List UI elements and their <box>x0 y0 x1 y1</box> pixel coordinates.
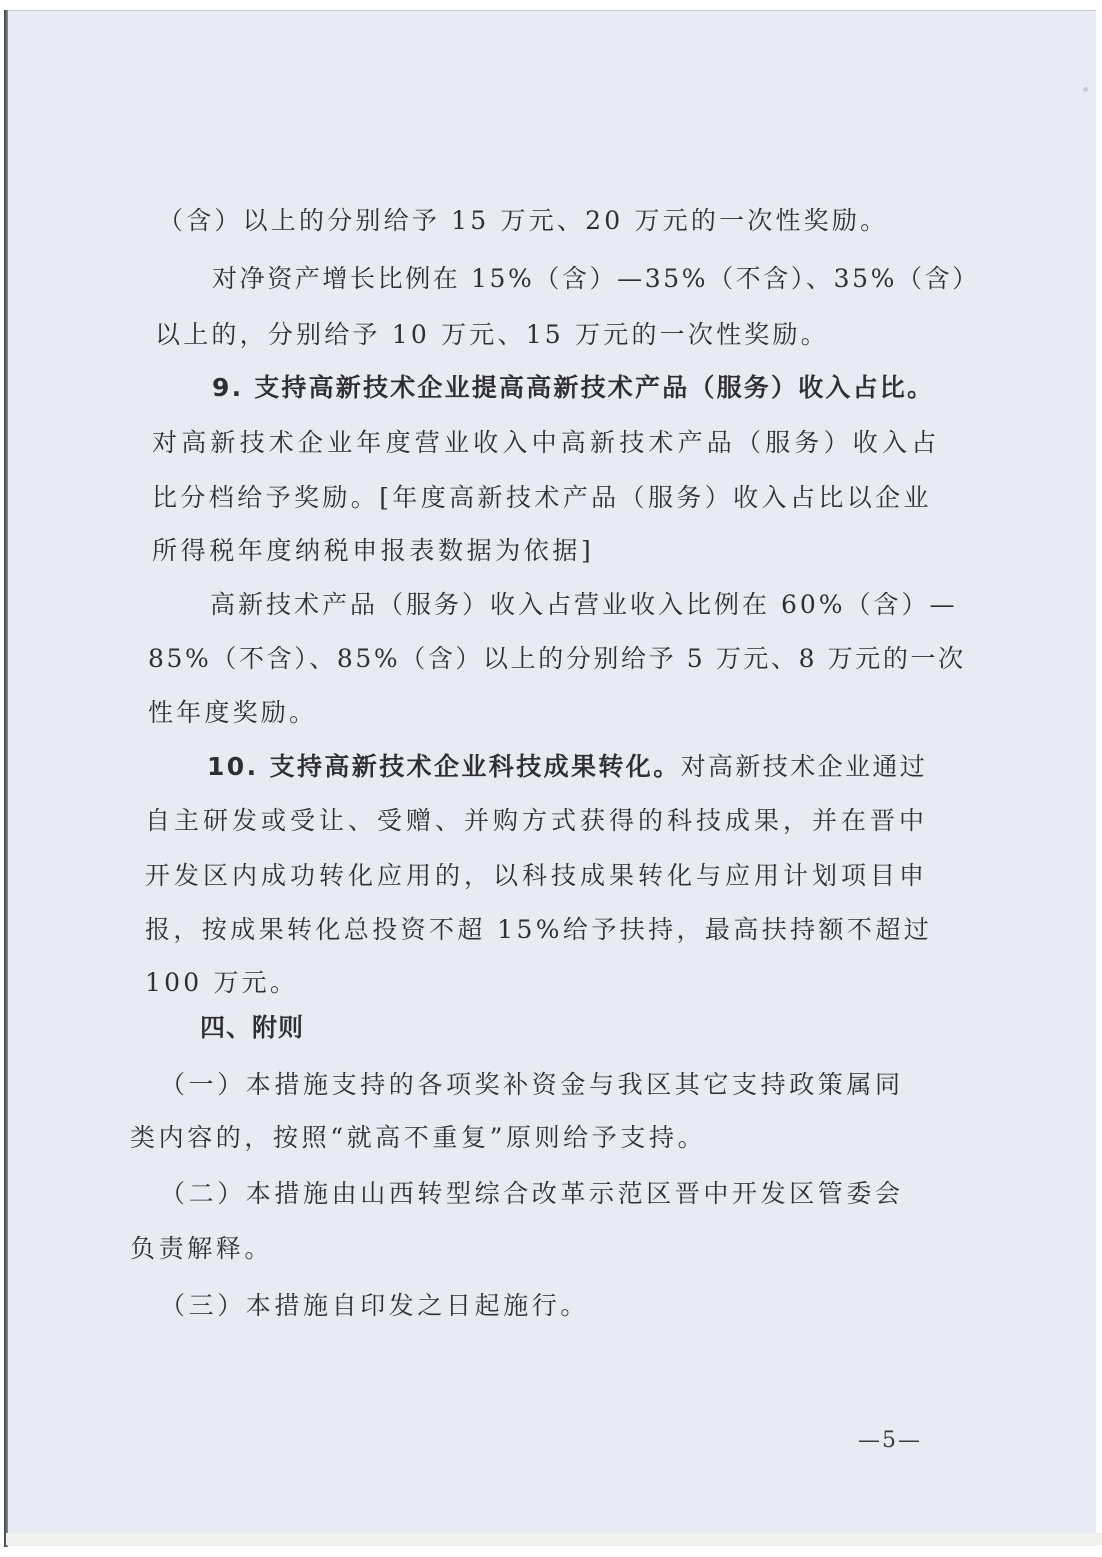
paragraph-line: 负责解释。 <box>130 1232 273 1266</box>
scan-edge-shadow <box>4 10 8 1547</box>
paragraph-line: 性年度奖励。 <box>148 696 317 730</box>
scan-speck <box>1083 87 1088 92</box>
paragraph-line: 开发区内成功转化应用的，以科技成果转化与应用计划项目申 <box>145 859 928 893</box>
paragraph-line: 85%（不含）、85%（含）以上的分别给予 5 万元、8 万元的一次 <box>148 642 966 676</box>
section-heading: 四、附则 <box>200 1011 304 1045</box>
paragraph-line: （一）本措施支持的各项奖补资金与我区其它支持政策属同 <box>160 1068 904 1102</box>
page-number: —5— <box>858 1428 922 1453</box>
paragraph-line: （含）以上的分别给予 15 万元、20 万元的一次性奖励。 <box>158 204 888 238</box>
paragraph-line: 以上的，分别给予 10 万元、15 万元的一次性奖励。 <box>155 318 829 352</box>
paragraph-line: 所得税年度纳税申报表数据为依据] <box>152 534 594 568</box>
paragraph-line: 高新技术产品（服务）收入占营业收入比例在 60%（含）— <box>210 588 958 622</box>
paragraph-line: 自主研发或受让、受赠、并购方式获得的科技成果，并在晋中 <box>145 804 928 838</box>
paragraph-line: 对高新技术企业年度营业收入中高新技术产品（服务）收入占 <box>152 426 940 460</box>
item-10-heading-tail: 对高新技术企业通过 <box>681 752 928 781</box>
item-10-heading: 10. 支持高新技术企业科技成果转化。 <box>207 752 681 781</box>
paragraph-line: 比分档给予奖励。[年度高新技术产品（服务）收入占比以企业 <box>152 481 932 515</box>
paragraph-line: （二）本措施由山西转型综合改革示范区晋中开发区管委会 <box>160 1177 904 1211</box>
item-10-line: 10. 支持高新技术企业科技成果转化。对高新技术企业通过 <box>207 750 927 784</box>
paragraph-line: 报，按成果转化总投资不超 15%给予扶持，最高扶持额不超过 <box>145 913 932 947</box>
scan-bottom-strip <box>6 1533 1102 1545</box>
paragraph-line: 类内容的，按照“就高不重复”原则给予支持。 <box>130 1121 706 1155</box>
paragraph-line: （三）本措施自印发之日起施行。 <box>160 1289 589 1323</box>
paragraph-line: 100 万元。 <box>145 966 298 1000</box>
item-9-heading: 9. 支持高新技术企业提高高新技术产品（服务）收入占比。 <box>212 371 934 405</box>
paragraph-line: 对净资产增长比例在 15%（含）—35%（不含）、35%（含） <box>212 262 980 296</box>
